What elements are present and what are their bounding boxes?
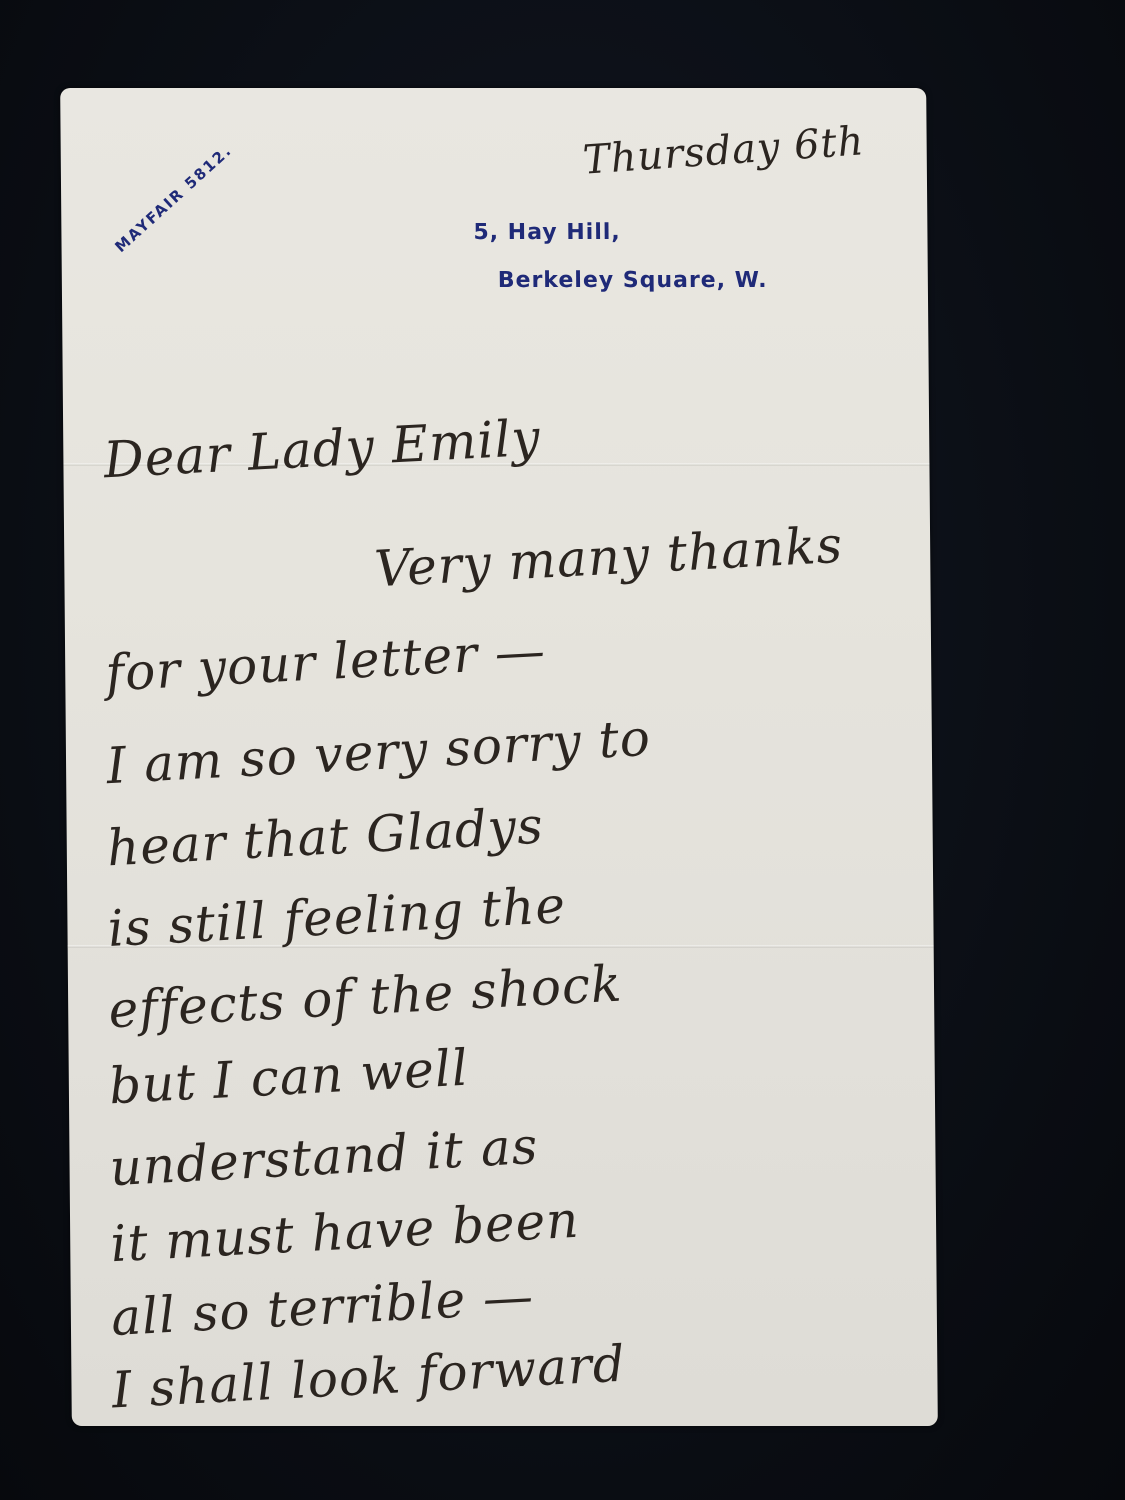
letter-line: I shall look forward <box>110 1335 627 1420</box>
letter-line: Very many thanks <box>373 516 845 598</box>
letter-sheet: MAYFAIR 5812. 5, Hay Hill, Berkeley Squa… <box>60 88 938 1426</box>
letter-line: for your letter — <box>104 622 548 703</box>
letter-salutation: Dear Lady Emily <box>102 409 542 490</box>
letter-line: understand it as <box>108 1117 540 1197</box>
letter-line: but I can well <box>107 1039 470 1116</box>
letter-line: effects of the shock <box>107 955 624 1040</box>
letter-date: Thursday 6th <box>581 118 866 184</box>
letterhead-address-line1: 5, Hay Hill, <box>473 220 621 245</box>
letter-line: all so terrible — <box>109 1267 535 1347</box>
letter-line: hear that Gladys <box>105 797 545 878</box>
letter-line: I am so very sorry to <box>105 709 653 795</box>
letterhead-telephone: MAYFAIR 5812. <box>111 141 235 256</box>
letterhead-address-line2: Berkeley Square, W. <box>498 268 768 293</box>
letter-line: it must have been <box>109 1191 581 1273</box>
